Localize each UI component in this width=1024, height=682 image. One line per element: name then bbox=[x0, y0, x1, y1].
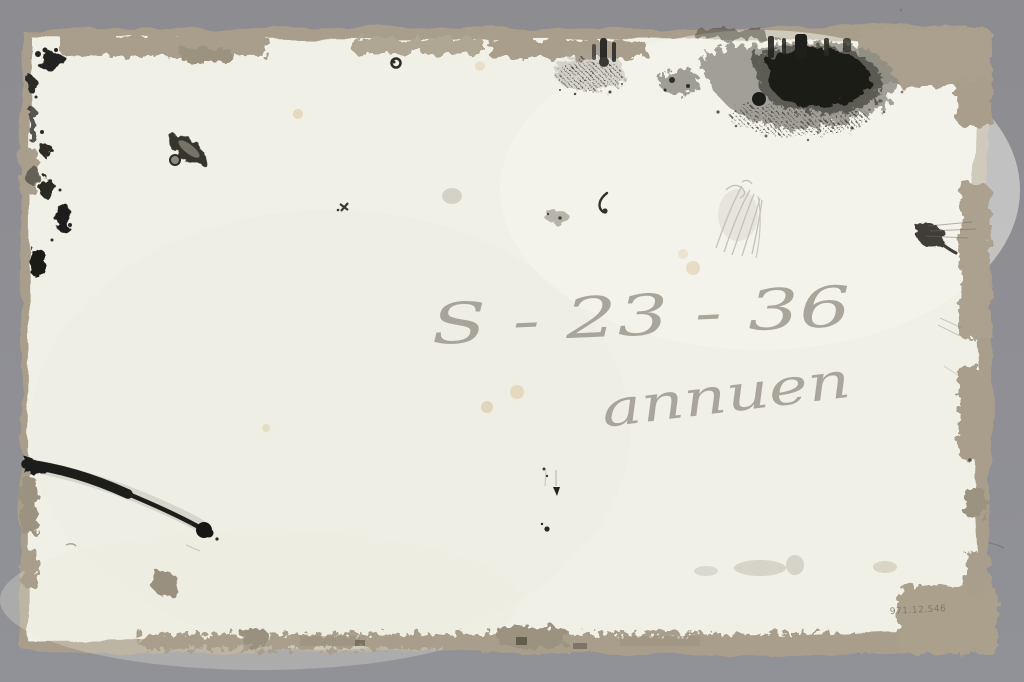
backing-crumb-a bbox=[300, 636, 360, 646]
backing-patch-left-c bbox=[22, 548, 38, 588]
ink-blot-core bbox=[767, 50, 869, 106]
backing-patch-right-small bbox=[964, 488, 986, 518]
backing-patch-top-mid-b bbox=[488, 40, 646, 58]
mark-fleck-a bbox=[543, 468, 546, 471]
mark-hook-dot bbox=[602, 208, 607, 213]
backing-patch-bottom-right-corner bbox=[898, 586, 998, 654]
foxing-5 bbox=[686, 261, 700, 275]
ink-blot-dot bbox=[752, 92, 766, 106]
blob-3 bbox=[29, 108, 36, 142]
faint-stain-bottom-right bbox=[873, 561, 897, 573]
ink-splash-6 bbox=[883, 111, 886, 114]
brushstroke-spatter-a bbox=[215, 537, 218, 540]
backing-crumb-b bbox=[620, 636, 700, 646]
blob-1-toe-a bbox=[35, 51, 41, 57]
ink-splash-1 bbox=[716, 110, 719, 113]
stain-dot-3 bbox=[609, 91, 612, 94]
speck-4 bbox=[40, 130, 44, 134]
faint-smudge-bottom-b bbox=[694, 566, 718, 576]
backing-patch-right-upper bbox=[956, 78, 992, 126]
speck-2 bbox=[51, 239, 54, 242]
foxing-3 bbox=[510, 385, 524, 399]
stain-stipple bbox=[557, 60, 623, 92]
foxing-2 bbox=[475, 61, 485, 71]
foxing-7 bbox=[262, 424, 270, 432]
ink-splash-2 bbox=[735, 125, 738, 128]
mark-smudge-speck-a bbox=[558, 216, 562, 220]
foxing-4 bbox=[481, 401, 493, 413]
blob-4 bbox=[40, 143, 52, 157]
verso-photograph: S - 23 - 36 annuen 971.12.546 bbox=[0, 0, 1024, 682]
ink-top-streak-d bbox=[824, 38, 829, 56]
backing-patch-left-b bbox=[20, 478, 38, 534]
speck-1 bbox=[68, 223, 72, 227]
backing-patch-top-mid-a bbox=[352, 38, 484, 54]
blob-1-toe-b bbox=[43, 48, 48, 53]
ring-dot bbox=[393, 61, 396, 64]
backing-dark-speck-b bbox=[573, 643, 587, 649]
backing-dark-speck-c bbox=[355, 640, 365, 646]
backing-patch-right-strip-a bbox=[960, 183, 990, 341]
blob-5 bbox=[26, 166, 40, 186]
speck-5 bbox=[35, 96, 38, 99]
ink-top-streak-b bbox=[782, 38, 786, 55]
ink-satellite-speck-a bbox=[669, 77, 675, 83]
ink-splash-7 bbox=[901, 91, 904, 94]
right-edge-speck bbox=[968, 458, 972, 462]
backing-patch-right-strip-b bbox=[958, 366, 988, 460]
ink-satellite-speck-c bbox=[664, 89, 667, 92]
faint-smudge-bottom-a bbox=[734, 560, 786, 576]
foxing-6 bbox=[678, 249, 688, 259]
ink-splash-4 bbox=[807, 139, 809, 141]
dust-speck bbox=[900, 9, 902, 11]
ink-top-streak-a bbox=[768, 36, 774, 58]
stain-streak-b bbox=[612, 42, 616, 62]
stain-dot-1 bbox=[559, 89, 561, 91]
backing-patch-top-left bbox=[60, 34, 268, 56]
mark-dot-low-2 bbox=[541, 523, 543, 525]
mark-cross-dot bbox=[337, 209, 340, 212]
ink-top-streak-c bbox=[795, 34, 807, 59]
backing-dark-speck-a bbox=[516, 637, 527, 645]
foxing-1 bbox=[293, 109, 303, 119]
mark-smudge-gray bbox=[544, 210, 568, 223]
stain-dot-2 bbox=[574, 93, 576, 95]
backing-patch-top-left-lobe bbox=[180, 48, 232, 62]
stain-dot-4 bbox=[621, 83, 623, 85]
slug-swirl bbox=[170, 155, 180, 165]
faint-smudge-bottom-c bbox=[786, 555, 804, 575]
blob-1-toe-c bbox=[54, 48, 58, 52]
faint-smudge-upper bbox=[442, 188, 462, 204]
stain-streak-c bbox=[592, 44, 596, 60]
ink-splash-3 bbox=[765, 135, 768, 138]
blob-6 bbox=[40, 177, 54, 199]
mark-smudge-speck-b bbox=[547, 213, 549, 215]
ink-satellite-speck-b bbox=[686, 84, 690, 88]
blob-2 bbox=[25, 76, 37, 92]
ink-top-streak-e bbox=[843, 38, 851, 52]
ink-top-smear bbox=[695, 28, 765, 40]
backing-patch-bottom-blob bbox=[498, 626, 568, 648]
blob-8 bbox=[29, 248, 47, 278]
ink-splash-5 bbox=[850, 126, 853, 129]
photograph-stage: S - 23 - 36 annuen 971.12.546 bbox=[0, 0, 1024, 682]
mark-dot-low bbox=[544, 526, 549, 531]
speck-3 bbox=[59, 189, 62, 192]
backing-patch-right-lower bbox=[966, 552, 990, 596]
brushstroke-spatter-b bbox=[190, 523, 192, 525]
brushstroke-end-blob-2 bbox=[205, 529, 214, 538]
